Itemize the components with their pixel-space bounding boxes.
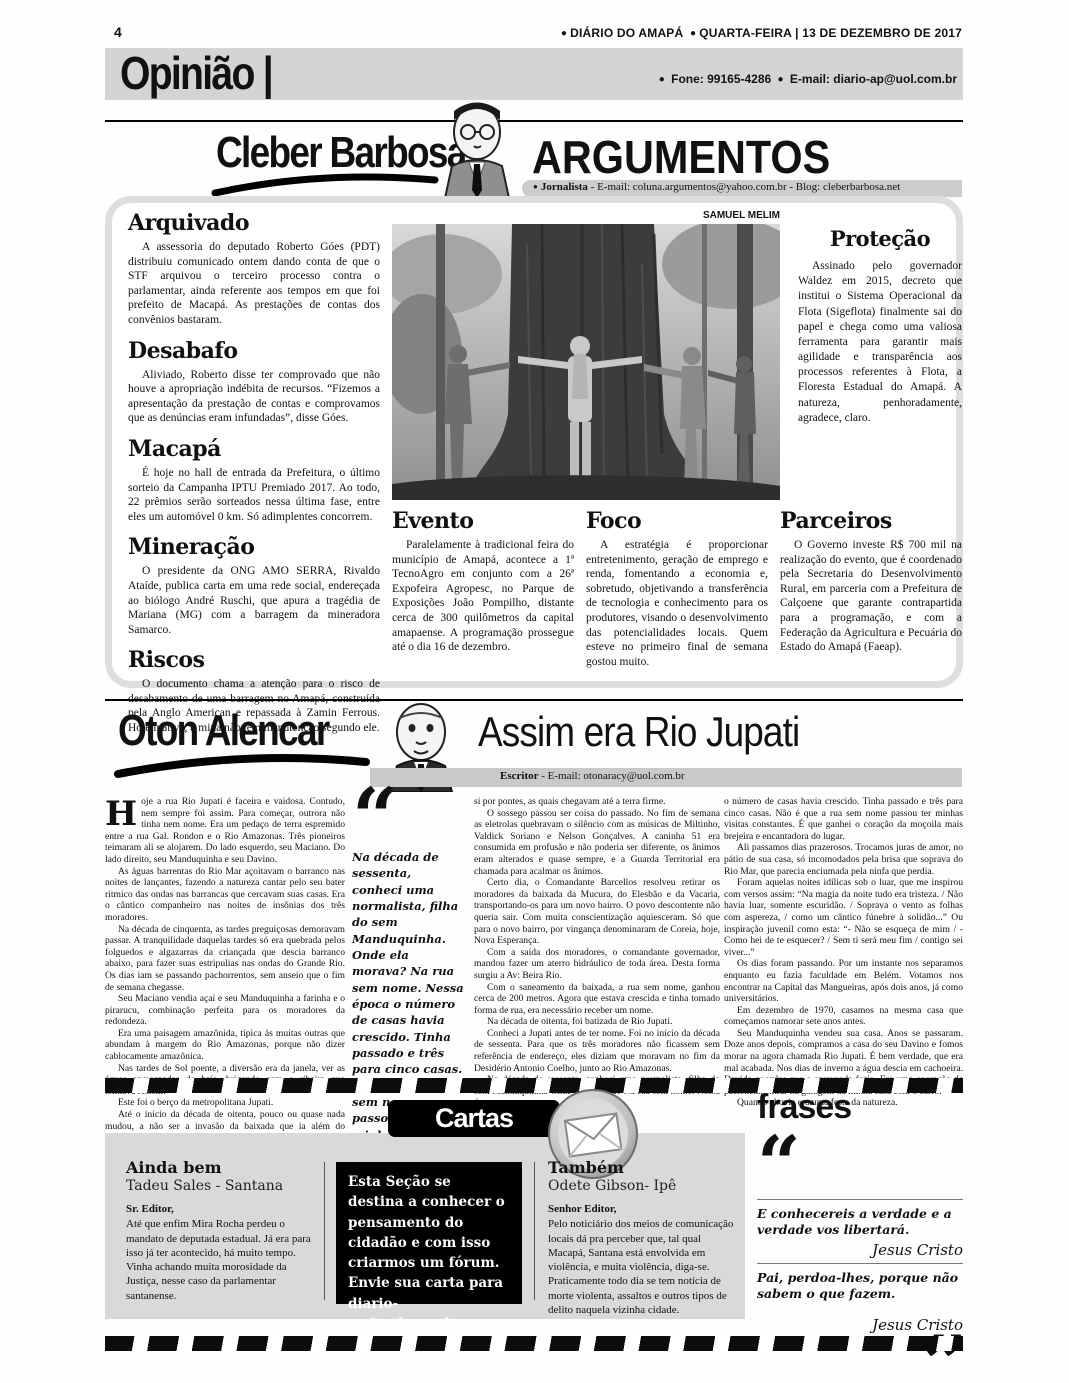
paragraph: Hoje a rua Rio Jupati é faceira e vaidos… bbox=[105, 796, 345, 866]
story-column-1: Hoje a rua Rio Jupati é faceira e vaidos… bbox=[105, 796, 345, 1155]
byline-contact: - E-mail: otonaracy@uol.com.br bbox=[538, 770, 684, 782]
section-title: Opinião | bbox=[120, 46, 272, 100]
newspaper-page: 4 ●DIÁRIO DO AMAPÁ ●QUARTA-FEIRA | 13 DE… bbox=[0, 0, 1069, 1383]
byline-role: Jornalista bbox=[541, 181, 588, 193]
phone-label: Fone: bbox=[671, 72, 704, 86]
article-body: O presidente da ONG AMO SERRA, Rivaldo A… bbox=[128, 564, 380, 637]
paragraph: Na década de cinquenta, as tardes pregui… bbox=[105, 924, 345, 994]
email-label: E-mail: bbox=[790, 72, 830, 86]
article-body: A estratégia é proporcionar entretenimen… bbox=[586, 538, 768, 669]
paragraph: Com a saída dos moradores, o comandante … bbox=[474, 947, 720, 982]
paragraph: Os dias foram passando. Por um instante … bbox=[724, 958, 963, 1004]
story-column-2: si por pontes, as quais chegavam até a t… bbox=[474, 796, 720, 1109]
open-quote-icon: “ bbox=[352, 795, 464, 839]
argumentos-left-column: Arquivado A assessoria do deputado Rober… bbox=[128, 210, 380, 746]
article-title: Foco bbox=[586, 508, 768, 534]
article-body: É hoje no hall de entrada da Prefeitura,… bbox=[128, 466, 380, 524]
divider bbox=[105, 699, 963, 701]
paragraph-group: si por pontes, as quais chegavam até a t… bbox=[474, 796, 720, 1109]
article-title: Evento bbox=[392, 508, 574, 534]
byline-role: Escritor bbox=[500, 770, 538, 782]
letter-author: Tadeu Sales - Santana bbox=[126, 1178, 322, 1194]
vertical-divider bbox=[534, 1162, 535, 1300]
letter-author: Odete Gibson- Ipê bbox=[548, 1178, 736, 1194]
globe-icon: ● bbox=[690, 28, 696, 39]
article-protecao: Proteção Assinado pelo governador Waldez… bbox=[798, 226, 962, 426]
paragraph: O sossego passou ser coisa do passado. N… bbox=[474, 808, 720, 878]
paragraph: As águas barrentas do Rio Mar açoitavam … bbox=[105, 866, 345, 924]
article-arquivado: Arquivado A assessoria do deputado Rober… bbox=[128, 210, 380, 328]
article-title: Desabafo bbox=[128, 338, 380, 364]
paragraph-group: o número de casas havia crescido. Tinha … bbox=[724, 796, 963, 1109]
letter-ainda-bem: Ainda bem Tadeu Sales - Santana Sr. Edit… bbox=[126, 1158, 322, 1303]
swoosh-decoration bbox=[112, 748, 372, 780]
paragraph: Este foi o berço da metropolitana Jupati… bbox=[105, 1097, 345, 1109]
paragraph: Na década de oitenta, foi batizada de Ri… bbox=[474, 1016, 720, 1028]
paragraph: Foram aquelas noites idílicas sob o luar… bbox=[724, 877, 963, 958]
letter-body: Até que enfim Mira Rocha perdeu o mandat… bbox=[126, 1217, 322, 1303]
paragraph: Em dezembro de 1970, casamos na mesma ca… bbox=[724, 1005, 963, 1028]
paragraph: Com o saneamento da baixada, a rua sem n… bbox=[474, 982, 720, 1017]
paragraph: Era uma paisagem amazônida, típica às mu… bbox=[105, 1028, 345, 1063]
column-title: ARGUMENTOS bbox=[532, 130, 830, 184]
article-title: Mineração bbox=[128, 534, 380, 560]
article-title: Proteção bbox=[798, 226, 962, 251]
article-body: Paralelamente à tradicional feira do mun… bbox=[392, 538, 574, 655]
bullet-icon: ● bbox=[533, 182, 538, 191]
phone-number: 99165-4286 bbox=[707, 72, 771, 86]
letter-salutation: Sr. Editor, bbox=[126, 1202, 322, 1216]
letter-salutation: Senhor Editor, bbox=[548, 1202, 736, 1216]
paragraph: si por pontes, as quais chegavam até a t… bbox=[474, 796, 720, 808]
close-quote-icon: ” bbox=[757, 1349, 963, 1379]
tree-hug-photo bbox=[392, 224, 780, 500]
mail-icon: ● bbox=[778, 74, 784, 85]
article-evento: Evento Paralelamente à tradicional feira… bbox=[392, 508, 574, 665]
article-body: Assinado pelo governador Waldez em 2015,… bbox=[798, 259, 962, 426]
vertical-divider bbox=[324, 1162, 325, 1300]
quote-author: Jesus Cristo bbox=[757, 1241, 963, 1259]
article-macapa: Macapá É hoje no hall de entrada da Pref… bbox=[128, 436, 380, 524]
article-title: Parceiros bbox=[780, 508, 962, 534]
swoosh-decoration bbox=[210, 168, 440, 198]
letter-tambem: Também Odete Gibson- Ipê Senhor Editor, … bbox=[548, 1158, 736, 1317]
byline-contact: - E-mail: coluna.argumentos@yahoo.com.br… bbox=[588, 181, 900, 193]
quote-text: Pai, perdoa-lhes, porque não sabem o que… bbox=[757, 1270, 963, 1301]
columnist-byline: Escritor - E-mail: otonaracy@uol.com.br bbox=[500, 770, 685, 782]
drop-cap: H bbox=[105, 796, 141, 830]
article-mineracao: Mineração O presidente da ONG AMO SERRA,… bbox=[128, 534, 380, 637]
paragraph-group: As águas barrentas do Rio Mar açoitavam … bbox=[105, 866, 345, 1156]
paragraph: Certo dia, o Comandante Barcellos resolv… bbox=[474, 877, 720, 947]
phone-icon: ● bbox=[659, 74, 665, 85]
article-desabafo: Desabafo Aliviado, Roberto disse ter com… bbox=[128, 338, 380, 426]
letter-title: Também bbox=[548, 1158, 736, 1177]
email-address: diario-ap@uol.com.br bbox=[833, 72, 957, 86]
article-title: Riscos bbox=[128, 647, 380, 673]
paragraph: Conheci a Jupati antes de ter nome. Foi … bbox=[474, 1028, 720, 1074]
article-body: A assessoria do deputado Roberto Góes (P… bbox=[128, 240, 380, 328]
article-foco: Foco A estratégia é proporcionar entrete… bbox=[586, 508, 768, 679]
quote-text: E conhecereis a verdade e a verdade vos … bbox=[757, 1206, 963, 1237]
article-body: Aliviado, Roberto disse ter comprovado q… bbox=[128, 368, 380, 426]
contact-line: ● Fone: 99165-4286 ● E-mail: diario-ap@u… bbox=[656, 72, 957, 86]
paragraph: Seu Maciano vendia açaí e seu Manduquinh… bbox=[105, 993, 345, 1028]
cleber-barbosa-caricature bbox=[427, 94, 527, 198]
article-title: Macapá bbox=[128, 436, 380, 462]
divider bbox=[105, 120, 963, 122]
open-quote-icon: “ bbox=[757, 1145, 797, 1183]
divider bbox=[757, 1263, 963, 1264]
article-title: Arquivado bbox=[128, 210, 380, 236]
page-number: 4 bbox=[114, 24, 122, 40]
cartas-title: Cartas bbox=[388, 1100, 560, 1137]
paragraph: Ali passamos dias prazerosos. Trocamos j… bbox=[724, 842, 963, 877]
dateline: ●DIÁRIO DO AMAPÁ ●QUARTA-FEIRA | 13 DE D… bbox=[558, 26, 962, 40]
letter-title: Ainda bem bbox=[126, 1158, 322, 1177]
paragraph: o número de casas havia crescido. Tinha … bbox=[724, 796, 963, 842]
photo-credit: SAMUEL MELIM bbox=[392, 210, 780, 221]
article-parceiros: Parceiros O Governo investe R$ 700 mil n… bbox=[780, 508, 962, 665]
masthead: DIÁRIO DO AMAPÁ bbox=[570, 26, 683, 40]
cartas-promo-box: Esta Seção se destina a conhecer o pensa… bbox=[336, 1162, 522, 1304]
weekday-date: QUARTA-FEIRA | 13 DE DEZEMBRO DE 2017 bbox=[699, 26, 962, 40]
dash-divider bbox=[105, 1336, 963, 1351]
story-column-3: o número de casas havia crescido. Tinha … bbox=[724, 796, 963, 1109]
globe-icon: ● bbox=[561, 28, 567, 39]
article-headline: Assim era Rio Jupati bbox=[478, 708, 799, 756]
letter-body: Pelo noticiário dos meios de comunicação… bbox=[548, 1217, 736, 1317]
columnist-byline: ●Jornalista - E-mail: coluna.argumentos@… bbox=[530, 181, 900, 193]
article-body: O Governo investe R$ 700 mil na realizaç… bbox=[780, 538, 962, 655]
